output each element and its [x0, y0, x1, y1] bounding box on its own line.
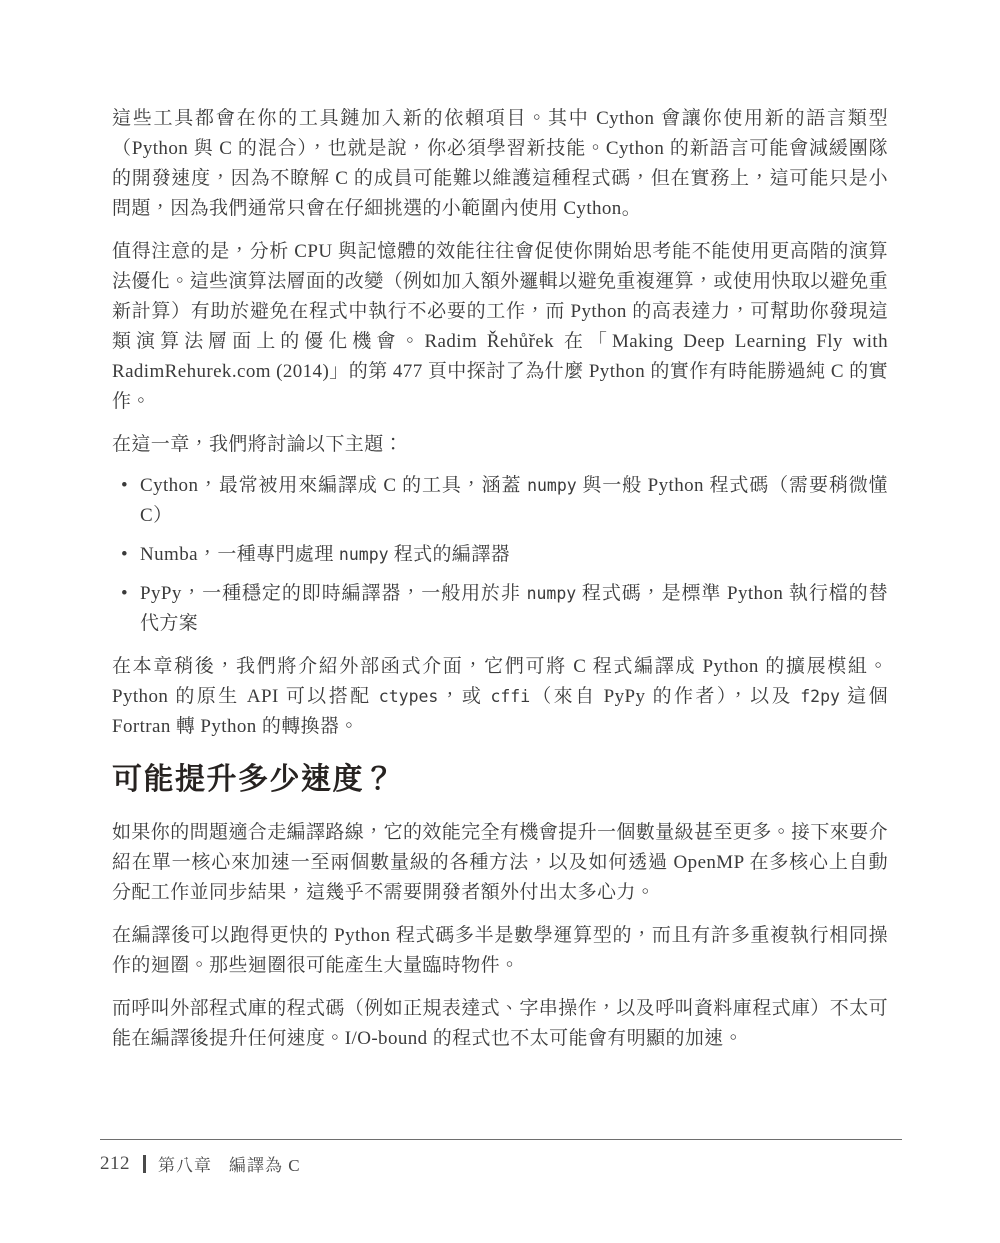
paragraph-foreign-function-interfaces: 在本章稍後，我們將介紹外部函式介面，它們可將 C 程式編譯成 Python 的擴…	[112, 652, 888, 742]
page-content: 這些工具都會在你的工具鏈加入新的依賴項目。其中 Cython 會讓你使用新的語言…	[112, 104, 888, 1067]
paragraph-math-loops: 在編譯後可以跑得更快的 Python 程式碼多半是數學運算型的，而且有許多重複執…	[112, 921, 888, 981]
section-heading: 可能提升多少速度？	[112, 758, 888, 802]
paragraph-external-libraries: 而呼叫外部程式庫的程式碼（例如正規表達式、字串操作，以及呼叫資料庫程式庫）不太可…	[112, 994, 888, 1054]
paragraph-topics-intro: 在這一章，我們將討論以下主題：	[112, 430, 888, 460]
bullet-icon: •	[112, 540, 140, 570]
footer-chapter-label: 第八章	[158, 1151, 212, 1176]
paragraph-tools-dependency: 這些工具都會在你的工具鏈加入新的依賴項目。其中 Cython 會讓你使用新的語言…	[112, 104, 888, 224]
paragraph-speedup-potential: 如果你的問題適合走編譯路線，它的效能完全有機會提升一個數量級甚至更多。接下來要介…	[112, 818, 888, 908]
list-item-text: Cython，最常被用來編譯成 C 的工具，涵蓋 numpy 與一般 Pytho…	[140, 471, 888, 531]
topics-list: • Cython，最常被用來編譯成 C 的工具，涵蓋 numpy 與一般 Pyt…	[112, 471, 888, 639]
bullet-icon: •	[112, 471, 140, 531]
list-item-cython: • Cython，最常被用來編譯成 C 的工具，涵蓋 numpy 與一般 Pyt…	[112, 471, 888, 531]
page-footer: 212 第八章 編譯為 C	[100, 1139, 902, 1176]
list-item-text: PyPy，一種穩定的即時編譯器，一般用於非 numpy 程式碼，是標準 Pyth…	[140, 579, 888, 639]
bullet-icon: •	[112, 579, 140, 639]
footer-separator-bar	[143, 1155, 146, 1173]
list-item-numba: • Numba，一種專門處理 numpy 程式的編譯器	[112, 540, 888, 570]
book-page: 這些工具都會在你的工具鏈加入新的依賴項目。其中 Cython 會讓你使用新的語言…	[0, 0, 1000, 1243]
list-item-text: Numba，一種專門處理 numpy 程式的編譯器	[140, 540, 888, 570]
footer-page-number: 212	[100, 1153, 130, 1175]
paragraph-profiling-algorithms: 值得注意的是，分析 CPU 與記憶體的效能往往會促使你開始思考能不能使用更高階的…	[112, 237, 888, 417]
footer-section-title: 編譯為 C	[229, 1151, 301, 1176]
list-item-pypy: • PyPy，一種穩定的即時編譯器，一般用於非 numpy 程式碼，是標準 Py…	[112, 579, 888, 639]
